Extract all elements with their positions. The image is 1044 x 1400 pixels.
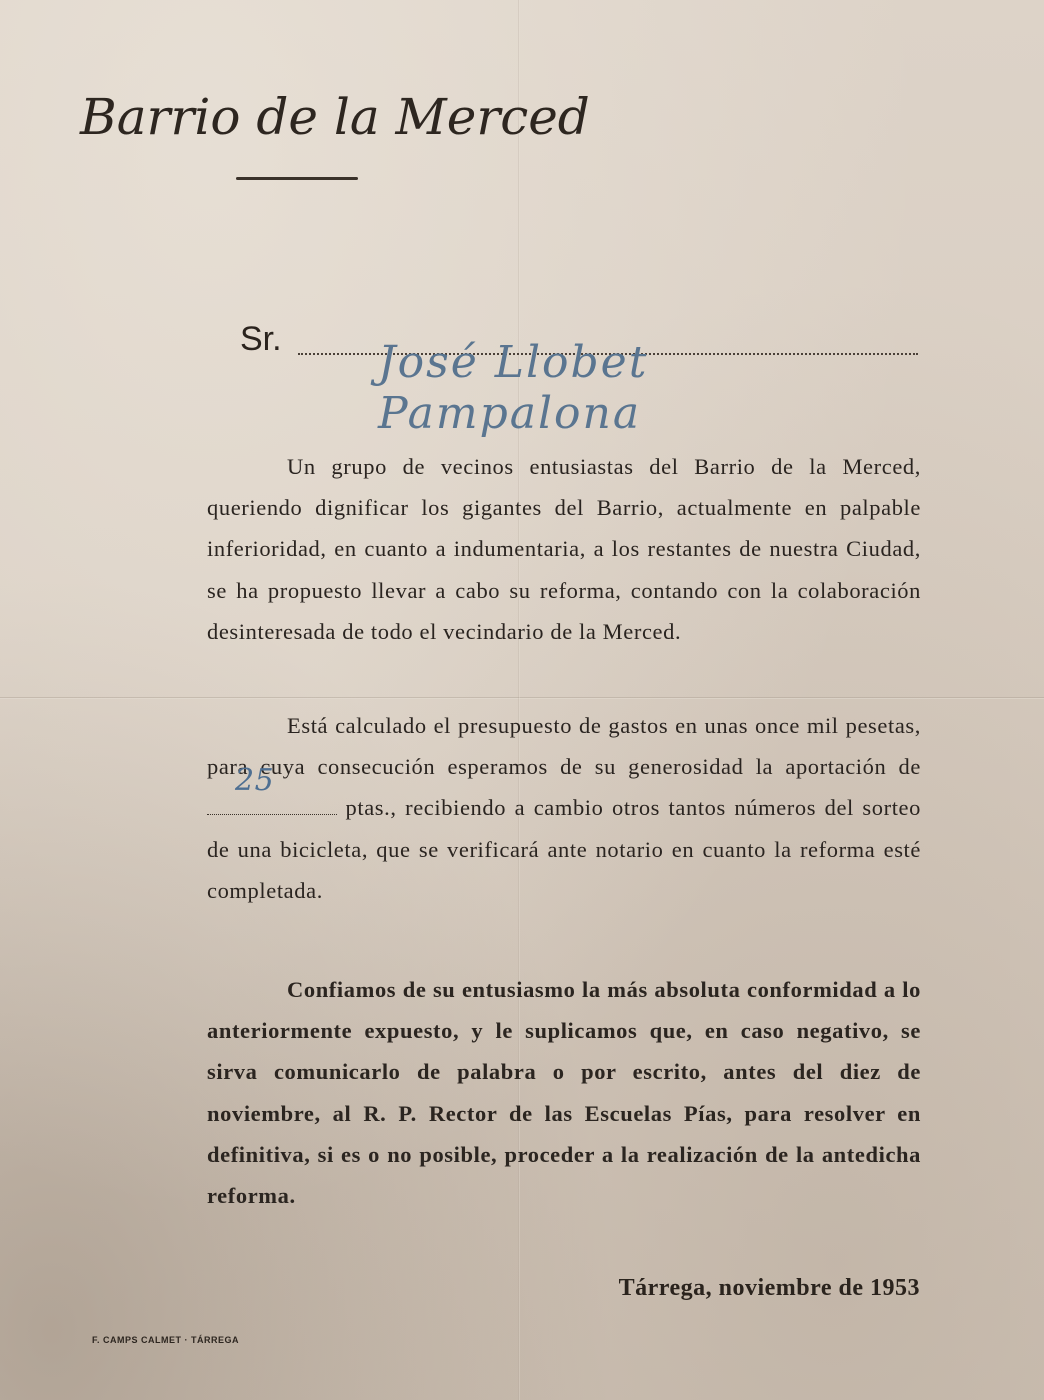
place-and-date: Tárrega, noviembre de 1953 — [619, 1275, 920, 1302]
paragraph-3: Confiamos de su entusiasmo la más absolu… — [207, 969, 921, 1216]
handwritten-name: José Llobet Pampalona — [378, 337, 918, 439]
paragraph-2: Está calculado el presupuesto de gastos … — [207, 705, 921, 911]
title-divider — [236, 177, 358, 180]
paragraph-2-text: Está calculado el presupuesto de gastos … — [207, 705, 921, 911]
contribution-amount-field: 25 — [207, 796, 337, 815]
letter-page: Barrio de la Merced Sr. José Llobet Pamp… — [0, 0, 1044, 1400]
name-field: José Llobet Pampalona — [298, 353, 918, 355]
paragraph-1: Un grupo de vecinos entusiastas del Barr… — [207, 446, 921, 652]
addressee-line: Sr. José Llobet Pampalona — [240, 318, 920, 368]
paragraph-2-lead: Está calculado el presupuesto de gastos … — [207, 713, 921, 779]
letterhead-title: Barrio de la Merced — [80, 88, 590, 146]
printer-imprint: F. Camps Calmet · Tárrega — [92, 1335, 239, 1345]
horizontal-fold-crease — [0, 697, 1044, 699]
handwritten-amount: 25 — [235, 766, 274, 796]
paragraph-3-text: Confiamos de su entusiasmo la más absolu… — [207, 969, 921, 1216]
paragraph-1-text: Un grupo de vecinos entusiastas del Barr… — [207, 446, 921, 652]
salutation-label: Sr. — [240, 320, 282, 359]
